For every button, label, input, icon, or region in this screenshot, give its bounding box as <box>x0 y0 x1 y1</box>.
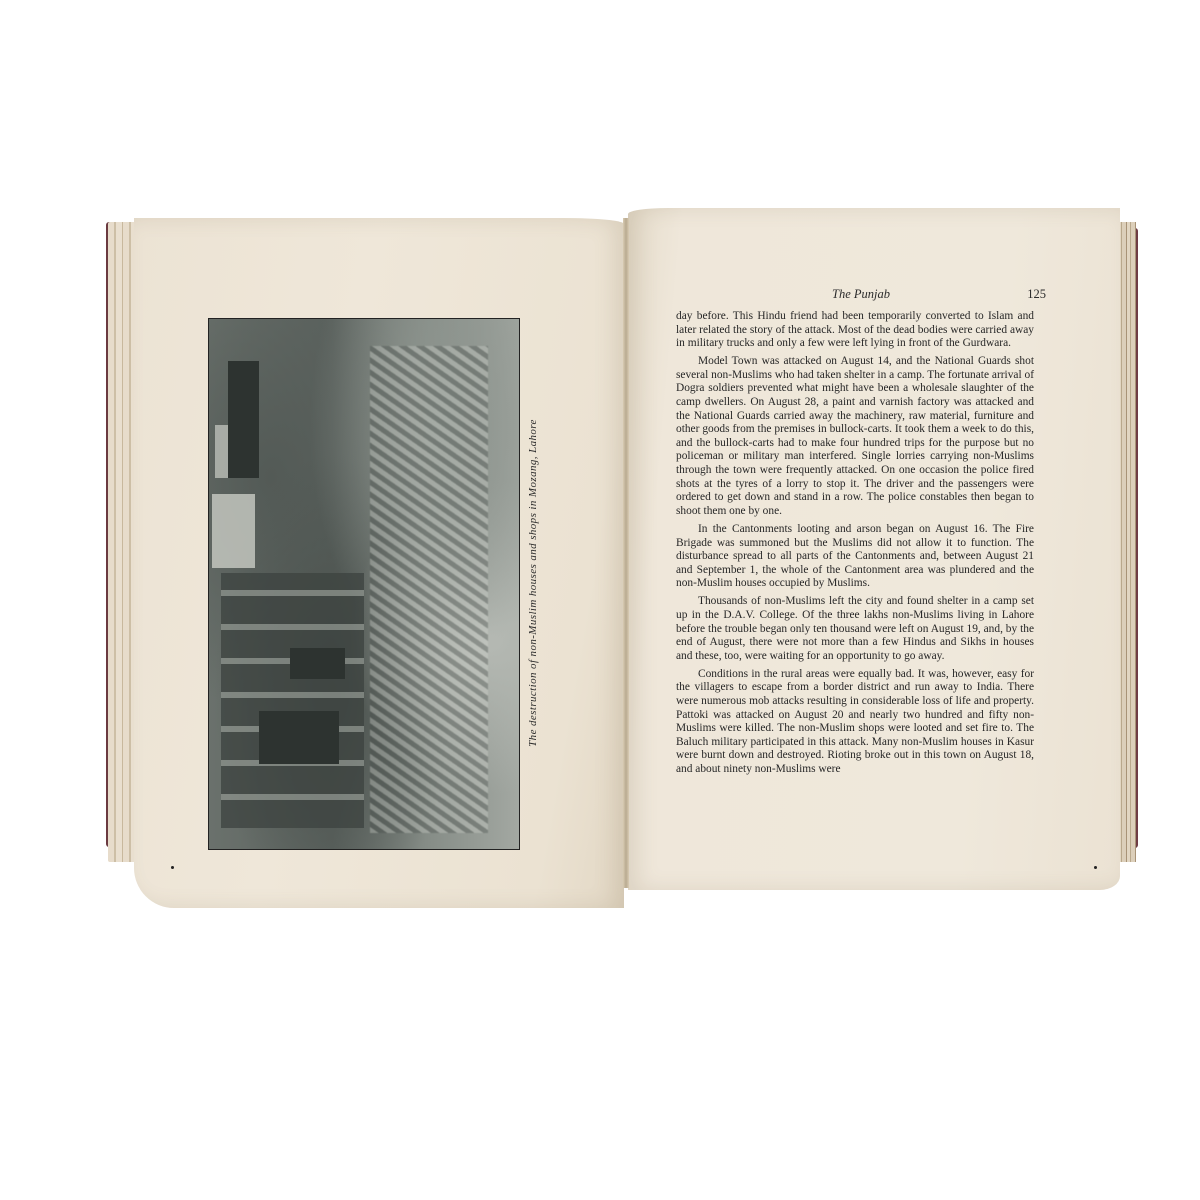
page-stack-right <box>1118 222 1136 862</box>
paragraph: Thousands of non-Muslims left the city a… <box>676 595 1034 663</box>
open-book: The destruction of non-Muslim houses and… <box>0 0 1200 1200</box>
photo-light-patch <box>212 494 255 568</box>
photo-light-patch <box>215 425 227 478</box>
running-head: The Punjab 125 <box>676 287 1046 305</box>
photo-dark-window <box>259 711 340 764</box>
page-mark-right <box>1094 866 1097 869</box>
body-text: day before. This Hindu friend had been t… <box>676 310 1034 781</box>
book-gutter <box>623 218 629 888</box>
photo-plate <box>208 318 520 850</box>
paragraph: day before. This Hindu friend had been t… <box>676 310 1034 351</box>
running-head-title: The Punjab <box>676 287 1046 302</box>
page-mark-left <box>171 866 174 869</box>
photo-dark-doorway <box>228 361 259 478</box>
photo-dark-window <box>290 648 346 680</box>
page-number: 125 <box>1027 287 1046 302</box>
photo-ruined-wall <box>221 573 364 827</box>
paragraph: Conditions in the rural areas were equal… <box>676 668 1034 777</box>
paragraph: In the Cantonments looting and arson beg… <box>676 523 1034 591</box>
photo-rubble <box>370 346 488 834</box>
photo-caption-text: The destruction of non-Muslim houses and… <box>527 419 539 747</box>
paragraph: Model Town was attacked on August 14, an… <box>676 355 1034 518</box>
